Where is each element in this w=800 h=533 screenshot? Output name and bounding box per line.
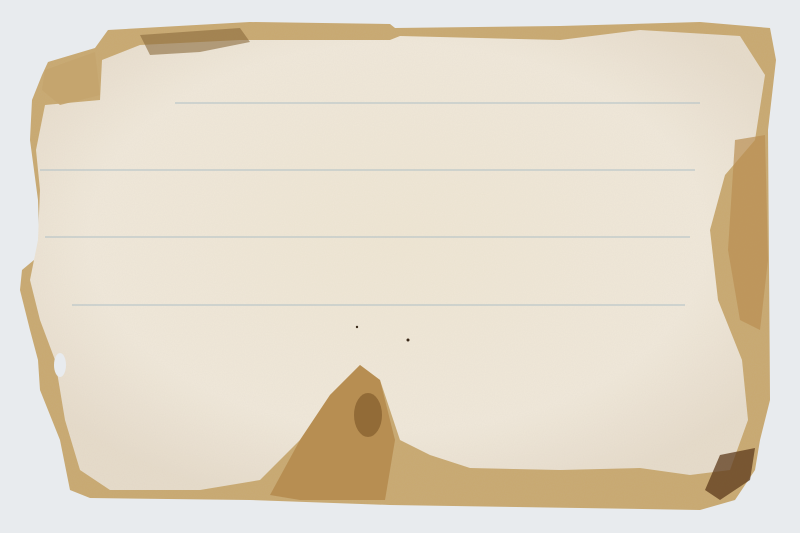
photo-scene: Worn, water-stained scrap of old ruled p… bbox=[0, 0, 800, 533]
speck bbox=[356, 326, 358, 328]
speck bbox=[407, 339, 410, 342]
paper-body bbox=[30, 30, 765, 490]
stain-dark-spot bbox=[354, 393, 382, 437]
paper-scrap bbox=[0, 0, 800, 533]
hole-left-edge bbox=[54, 353, 66, 377]
